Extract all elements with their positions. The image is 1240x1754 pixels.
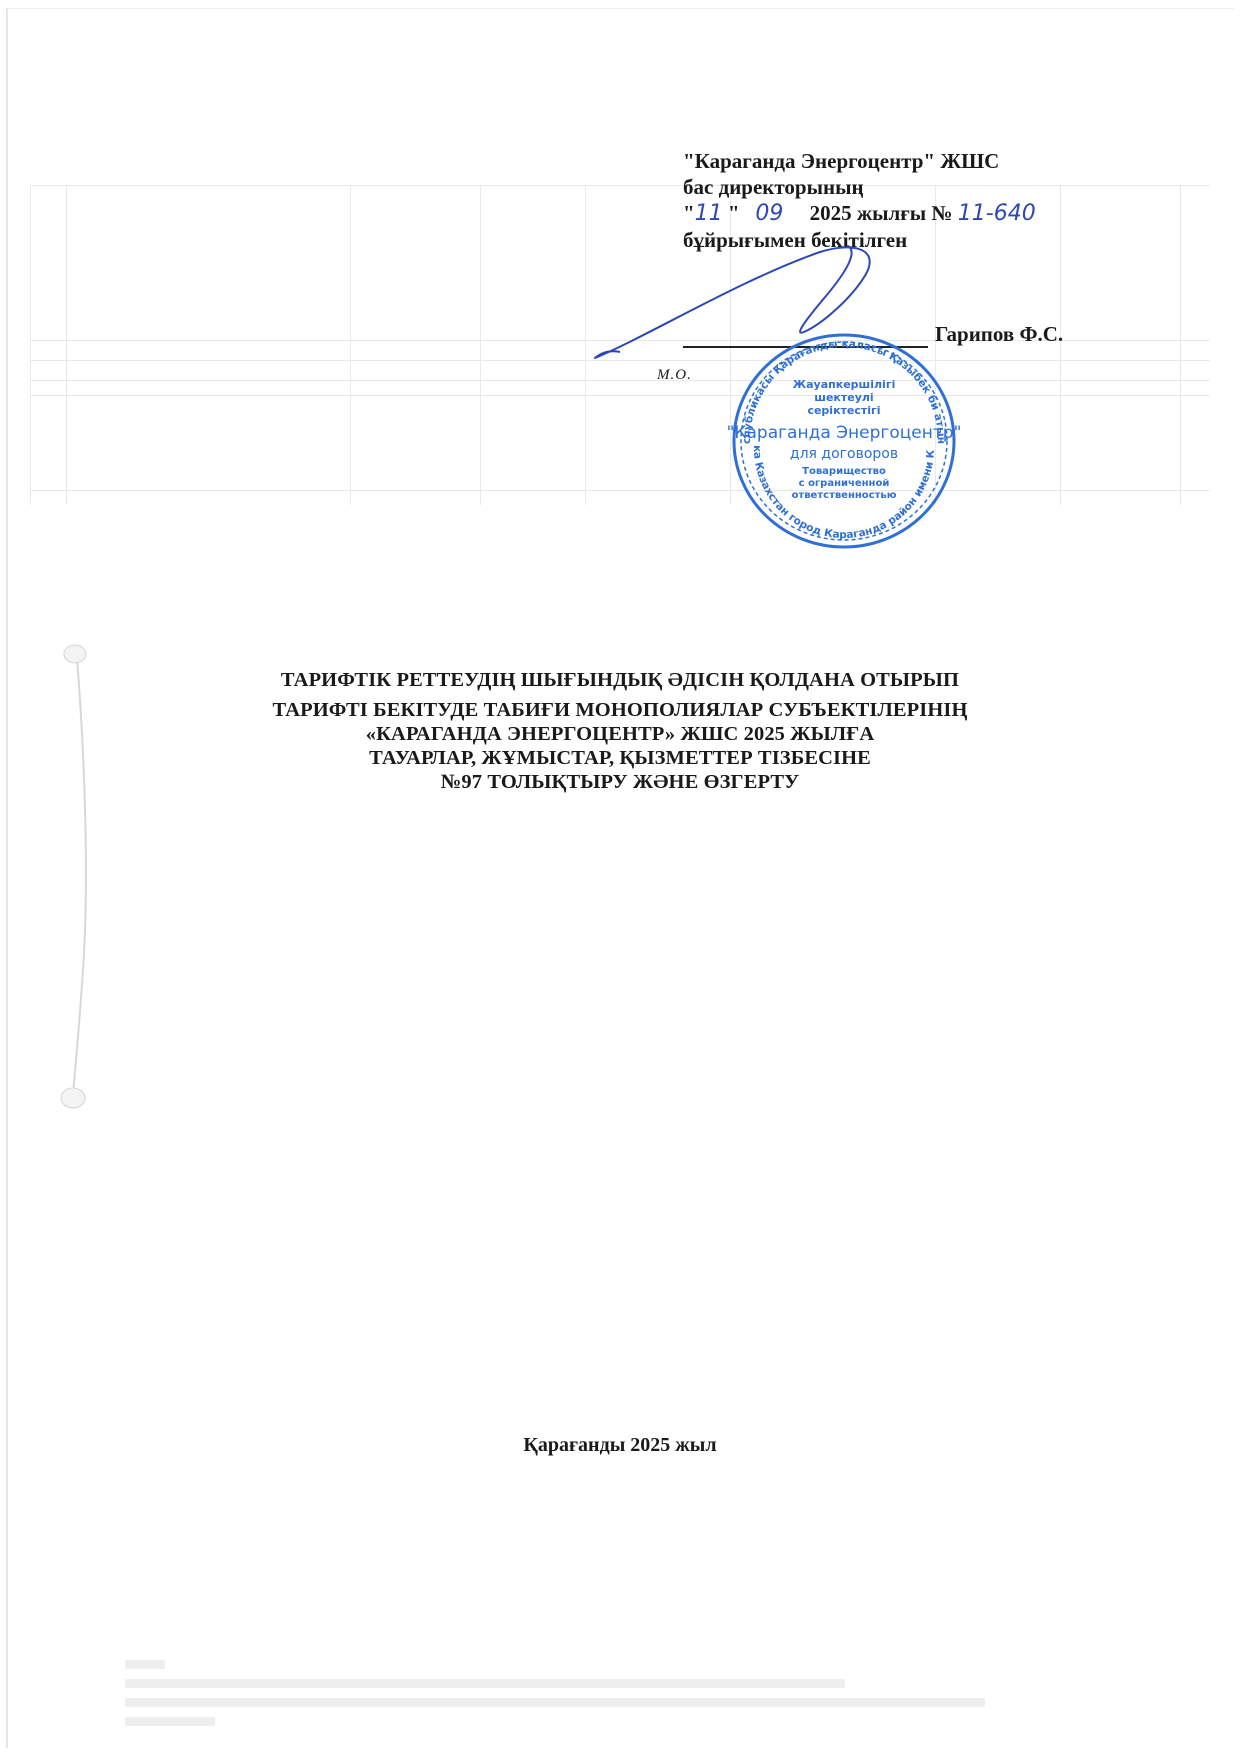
title-line-5: №97 ТОЛЫҚТЫРУ ЖӘНЕ ӨЗГЕРТУ xyxy=(0,770,1240,794)
title-line-1: ТАРИФТІК РЕТТЕУДІҢ ШЫҒЫНДЫҚ ӘДІСІН ҚОЛДА… xyxy=(0,668,1240,692)
title-line-3: «КАРАГАНДА ЭНЕРГОЦЕНТР» ЖШС 2025 ЖЫЛҒА xyxy=(0,722,1240,746)
stamp-ru-line-3: ответственностью xyxy=(792,490,897,501)
stamp-kz-line-1: Жауапкершілігі xyxy=(793,378,896,391)
handwritten-month: 09 xyxy=(755,201,783,226)
stamp-ru-line-1: Товарищество xyxy=(802,466,886,477)
title-line-2: ТАРИФТІ БЕКІТУДЕ ТАБИҒИ МОНОПОЛИЯЛАР СУБ… xyxy=(0,698,1240,722)
date-open-quote: " xyxy=(683,200,695,226)
stamp-purpose: для договоров xyxy=(790,446,898,462)
approval-date-line: "11 " 09 2025 жылғы № 11-640 xyxy=(683,200,1036,227)
stamp-kz-line-2: шектеулі xyxy=(814,391,873,404)
year-text: 2025 жылғы № xyxy=(810,201,953,225)
stamp-kz-line-3: серіктестігі xyxy=(807,404,880,417)
city-year: Қарағанды 2025 жыл xyxy=(0,1434,1240,1457)
approval-org: "Караганда Энергоцентр" ЖШС xyxy=(683,148,1036,174)
title-line-4: ТАУАРЛАР, ЖҰМЫСТАР, ҚЫЗМЕТТЕР ТІЗБЕСІНЕ xyxy=(0,746,1240,770)
handwritten-day: 11 xyxy=(695,201,723,226)
approval-role: бас директорының xyxy=(683,174,1036,200)
stamp-center-name: "Караганда Энергоцентр" xyxy=(728,423,960,443)
bleed-through-footnote xyxy=(125,1650,1005,1736)
handwritten-order-number: 11-640 xyxy=(958,201,1036,226)
company-stamp-icon: Қазақстан Республикасы Қарағанды қаласы … xyxy=(728,330,960,552)
stamp-ru-line-2: с ограниченной xyxy=(799,478,890,489)
date-close-quote: " xyxy=(728,200,740,226)
document-title: ТАРИФТІК РЕТТЕУДІҢ ШЫҒЫНДЫҚ ӘДІСІН ҚОЛДА… xyxy=(0,668,1240,794)
approval-block: "Караганда Энергоцентр" ЖШС бас директор… xyxy=(683,148,1036,253)
